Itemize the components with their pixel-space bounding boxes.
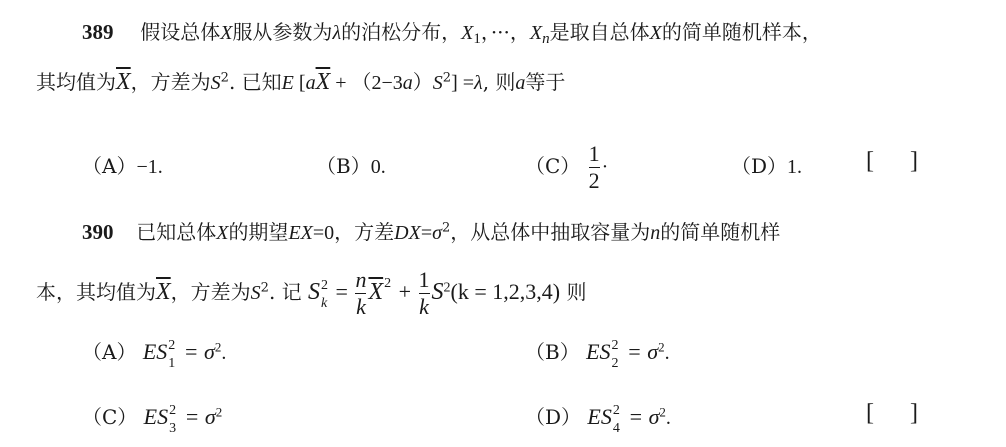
var-ES: ES (143, 339, 167, 364)
expr-ES1: ES21 (143, 338, 167, 366)
var-n: n (650, 222, 660, 244)
var-ES: ES (586, 339, 610, 364)
rhs: = σ (184, 404, 215, 429)
text: 是取自总体 (550, 20, 650, 44)
denominator: k (355, 295, 366, 319)
var-Xn: X (530, 22, 542, 44)
option-label: （C） (82, 405, 137, 429)
option-390-a[interactable]: （A） ES21 = σ2. (82, 338, 226, 367)
var-EX: EX (288, 222, 312, 244)
option-389-c[interactable]: （C） 1 2 · (525, 132, 608, 201)
superscript: 2 (216, 404, 223, 419)
option-value: 0. (371, 156, 386, 178)
superscript: 2 (443, 70, 451, 85)
option-label: （D） (525, 405, 581, 429)
text: . (665, 342, 670, 364)
var-xbar: X (116, 69, 131, 95)
var-a: a (306, 72, 316, 94)
subscript: n (542, 31, 550, 47)
rhs: = σ (628, 404, 659, 429)
var-a: a (515, 72, 525, 94)
var-ES: ES (587, 404, 611, 429)
text: , 则 (483, 70, 516, 94)
superscript: 2 (221, 70, 229, 85)
var-X: X (216, 222, 228, 244)
option-label: （B） (525, 340, 580, 364)
text: . (666, 407, 671, 429)
var-ES: ES (144, 404, 168, 429)
var-E: E (282, 72, 294, 94)
text: + (393, 279, 416, 304)
var-X1: X (461, 22, 473, 44)
text: ） (413, 70, 433, 94)
var-S: S (211, 72, 221, 94)
superscript: 2 (444, 280, 451, 295)
option-390-c[interactable]: （C） ES23 = σ2 (82, 403, 222, 432)
subscript: 2 (612, 350, 619, 378)
option-label: （A） (82, 154, 136, 178)
var-xbar-squared: X2 (368, 258, 383, 326)
text: = (421, 222, 432, 244)
option-390-d[interactable]: （D） ES24 = σ2. (525, 403, 671, 432)
option-label: （A） (82, 340, 136, 364)
answer-bracket-389[interactable]: [ ] (866, 148, 918, 175)
superscript: 2 (384, 250, 391, 318)
var-lambda: λ (332, 22, 341, 44)
option-390-b[interactable]: （B） ES22 = σ2. (525, 338, 670, 367)
option-389-a[interactable]: （A）−1. (82, 152, 163, 181)
var-S: S (432, 279, 444, 305)
fraction-n-over-k: nk (355, 268, 366, 319)
var-DX: DX (394, 222, 421, 244)
text: 则 (560, 280, 586, 304)
bracket-close: ] = (451, 72, 474, 94)
var-X: X (220, 22, 232, 44)
problem-number: 390 (82, 220, 114, 244)
text: + （2−3 (330, 72, 403, 94)
option-389-d[interactable]: （D）1. (731, 152, 802, 181)
var-xbar: X (368, 279, 383, 305)
option-label: （C） (525, 154, 580, 178)
text: ，从总体中抽取容量为 (450, 220, 650, 244)
option-value: 1. (787, 156, 802, 178)
denominator: k (419, 295, 430, 319)
subscript: 1 (473, 31, 481, 47)
denominator: 2 (589, 169, 600, 193)
bracket-open: [ (294, 72, 306, 94)
numerator: 1 (419, 268, 430, 292)
option-389-b[interactable]: （B）0. (316, 152, 386, 181)
text: . 已知 (229, 70, 282, 94)
option-label: （B） (316, 154, 371, 178)
var-S: S (308, 279, 320, 305)
problem-390-line-2: 本，其均值为X，方差为S2. 记 S2k = nkX2 + 1kS2(k = 1… (36, 258, 586, 327)
text: 假设总体 (140, 20, 220, 44)
text: 本，其均值为 (36, 280, 156, 304)
numerator: n (355, 268, 366, 292)
text: =0，方差 (313, 222, 394, 244)
text: 其均值为 (36, 70, 116, 94)
text: . 记 (269, 280, 302, 304)
expr-ES3: ES23 (144, 403, 168, 431)
var-xbar: X (156, 279, 171, 305)
var-S: S (433, 72, 443, 94)
problem-390-line-1: 390 已知总体X的期望EX=0，方差DX=σ2，从总体中抽取容量为n的简单随机… (82, 218, 780, 247)
subscript: 1 (168, 350, 175, 378)
option-value: −1. (136, 156, 162, 178)
var-sigma: σ (432, 222, 442, 244)
text: 已知总体 (136, 220, 216, 244)
rhs: = σ (627, 339, 658, 364)
var-lambda: λ (474, 72, 483, 94)
fraction-one-half: 1 2 (589, 142, 600, 193)
text: 的泊松分布， (341, 20, 461, 44)
text: = (330, 279, 353, 304)
problem-number: 389 (82, 20, 114, 44)
text: 的简单随机样本， (662, 20, 822, 44)
var-a: a (403, 72, 413, 94)
problem-389-line-1: 389 假设总体X服从参数为λ的泊松分布，X1，···，Xn是取自总体X的简单随… (82, 18, 822, 53)
text: 的简单随机样 (660, 220, 780, 244)
text: . (221, 342, 226, 364)
var-xbar: X (316, 69, 331, 95)
fraction-1-over-k: 1k (419, 268, 430, 319)
expr-ES2: ES22 (586, 338, 610, 366)
var-S: S (251, 282, 261, 304)
option-value: · (602, 156, 609, 178)
var-Sk-squared: S2k (308, 258, 320, 326)
rhs: = σ (184, 339, 215, 364)
superscript: 2 (261, 280, 269, 295)
text: 等于 (525, 70, 565, 94)
option-label: （D） (731, 154, 787, 178)
text: ，···， (481, 20, 530, 44)
numerator: 1 (589, 142, 600, 166)
subscript: 3 (169, 415, 176, 443)
expr-ES4: ES24 (587, 403, 611, 431)
text: 服从参数为 (232, 20, 332, 44)
subscript: k (321, 270, 327, 338)
text: ，方差为 (131, 70, 211, 94)
problem-389-line-2: 其均值为X，方差为S2. 已知E [aX + （2−3a）S2] =λ, 则a等… (36, 68, 565, 97)
var-X: X (650, 22, 662, 44)
subscript: 4 (613, 415, 620, 443)
text: ，方差为 (171, 280, 251, 304)
answer-bracket-390[interactable]: [ ] (866, 400, 918, 427)
text: 的期望 (228, 220, 288, 244)
condition: (k = 1,2,3,4) (451, 279, 561, 304)
